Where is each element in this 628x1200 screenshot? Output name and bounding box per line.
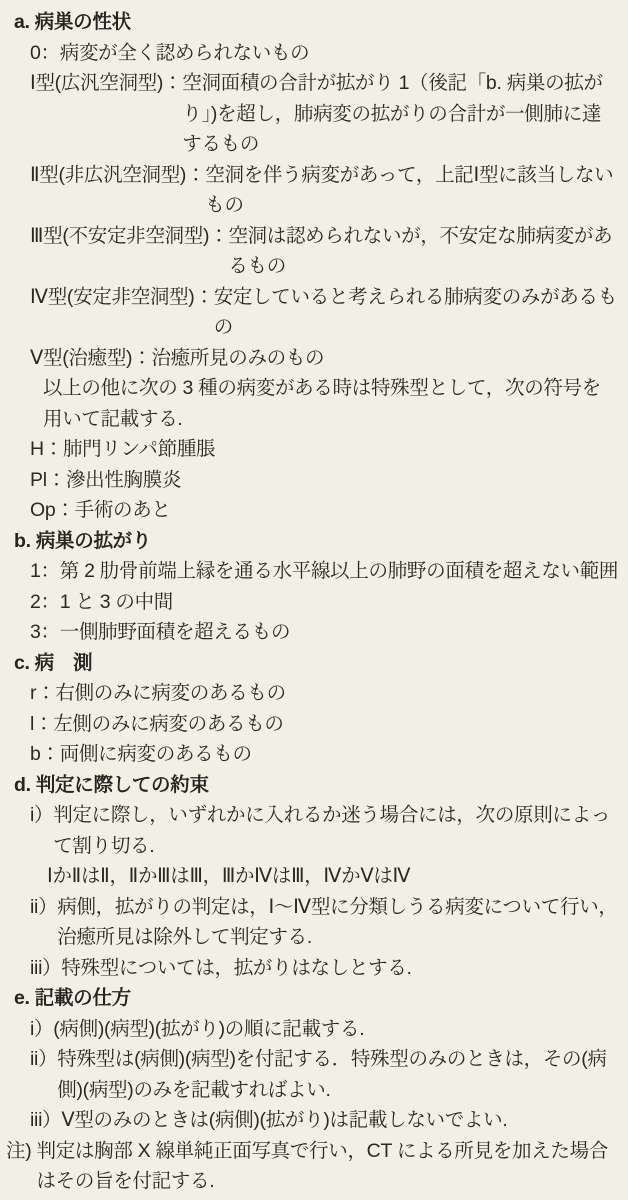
- item-text: 第 2 肋骨前端上縁を通る水平線以上の肺野の面積を超えない範囲: [60, 556, 620, 587]
- item-text: 一側肺野面積を超えるもの: [60, 617, 620, 648]
- definition-item: 3：一側肺野面積を超えるもの: [30, 617, 620, 648]
- footnote-label: 注): [6, 1136, 37, 1197]
- definition-item: Ⅱ型(非広汎空洞型)：空洞を伴う病変があって，上記Ⅰ型に該当しないもの: [30, 160, 620, 221]
- definition-item: 2：1 と 3 の中間: [30, 587, 620, 618]
- definition-item: Ⅴ型(治癒型)：治癒所見のみのもの: [30, 343, 620, 374]
- section: a. 病巣の性状0：病変が全く認められないものⅠ型(広汎空洞型)：空洞面積の合計…: [6, 7, 620, 526]
- item-label: iii）: [30, 953, 61, 984]
- item-label: H：: [30, 434, 63, 465]
- item-text: (病側)(病型)(拡がり)の順に記載する.: [53, 1014, 620, 1045]
- section: d. 判定に際しての約束i）判定に際し，いずれかに入れるか迷う場合には，次の原則…: [6, 770, 620, 984]
- item-label: iii）: [30, 1105, 61, 1136]
- item-text: 滲出性胸膜炎: [66, 465, 620, 496]
- item-label: 1：: [30, 556, 60, 587]
- definition-item: r：右側のみに病変のあるもの: [30, 678, 620, 709]
- item-text: 手術のあと: [75, 495, 620, 526]
- definition-item: iii）Ⅴ型のみのときは(病側)(拡がり)は記載しないでよい.: [30, 1105, 620, 1136]
- item-label: ii）: [30, 892, 57, 953]
- definition-item: Pl：滲出性胸膜炎: [30, 465, 620, 496]
- item-label: 2：: [30, 587, 60, 618]
- definition-item: Ⅲ型(不安定非空洞型)：空洞は認められないが，不安定な肺病変があるもの: [30, 221, 620, 282]
- item-text: 特殊型については，拡がりはなしとする.: [61, 953, 620, 984]
- item-text: 空洞面積の合計が拡がり 1（後記「b. 病巣の拡がり」)を超し，肺病変の拡がりの…: [182, 68, 620, 160]
- section-heading: c. 病 測: [14, 648, 620, 679]
- item-label: i）: [30, 800, 53, 861]
- definition-item: ii）病側，拡がりの判定は，Ⅰ～Ⅳ型に分類しうる病変について行い，治癒所見は除外…: [30, 892, 620, 953]
- item-label: l：: [30, 709, 53, 740]
- document-body: a. 病巣の性状0：病変が全く認められないものⅠ型(広汎空洞型)：空洞面積の合計…: [6, 7, 620, 1136]
- item-text: Ⅴ型のみのときは(病側)(拡がり)は記載しないでよい.: [61, 1105, 620, 1136]
- item-text: 病側，拡がりの判定は，Ⅰ～Ⅳ型に分類しうる病変について行い，治癒所見は除外して判…: [57, 892, 620, 953]
- item-label: 3：: [30, 617, 60, 648]
- note-line: 以上の他に次の 3 種の病変がある時は特殊型として，次の符号を用いて記載する.: [43, 373, 620, 434]
- item-label: Pl：: [30, 465, 66, 496]
- section: e. 記載の仕方i）(病側)(病型)(拡がり)の順に記載する.ii）特殊型は(病…: [6, 983, 620, 1136]
- item-label: r：: [30, 678, 55, 709]
- definition-item: ii）特殊型は(病側)(病型)を付記する．特殊型のみのときは，その(病側)(病型…: [30, 1044, 620, 1105]
- section-heading: a. 病巣の性状: [14, 7, 620, 38]
- definition-item: i）(病側)(病型)(拡がり)の順に記載する.: [30, 1014, 620, 1045]
- item-label: i）: [30, 1014, 53, 1045]
- item-text: 1 と 3 の中間: [60, 587, 620, 618]
- item-text: 病変が全く認められないもの: [60, 38, 620, 69]
- item-label: Op：: [30, 495, 75, 526]
- item-text: 肺門リンパ節腫脹: [63, 434, 620, 465]
- definition-item: H：肺門リンパ節腫脹: [30, 434, 620, 465]
- definition-item: Ⅰ型(広汎空洞型)：空洞面積の合計が拡がり 1（後記「b. 病巣の拡がり」)を超…: [30, 68, 620, 160]
- definition-item: l：左側のみに病変のあるもの: [30, 709, 620, 740]
- item-label: Ⅰ型(広汎空洞型)：: [30, 68, 182, 160]
- note-line: ⅠかⅡはⅡ，ⅡかⅢはⅢ，ⅢかⅣはⅢ，ⅣかⅤはⅣ: [47, 861, 620, 892]
- item-label: 0：: [30, 38, 60, 69]
- section-heading: b. 病巣の拡がり: [14, 526, 620, 557]
- document-page: a. 病巣の性状0：病変が全く認められないものⅠ型(広汎空洞型)：空洞面積の合計…: [0, 0, 628, 1200]
- item-label: b：: [30, 739, 60, 770]
- definition-item: Ⅳ型(安定非空洞型)：安定していると考えられる肺病変のみがあるもの: [30, 282, 620, 343]
- item-label: ii）: [30, 1044, 57, 1105]
- definition-item: iii）特殊型については，拡がりはなしとする.: [30, 953, 620, 984]
- definition-item: 1：第 2 肋骨前端上縁を通る水平線以上の肺野の面積を超えない範囲: [30, 556, 620, 587]
- item-label: Ⅲ型(不安定非空洞型)：: [30, 221, 228, 282]
- item-text: 判定に際し，いずれかに入れるか迷う場合には，次の原則によって割り切る.: [53, 800, 620, 861]
- definition-item: i）判定に際し，いずれかに入れるか迷う場合には，次の原則によって割り切る.: [30, 800, 620, 861]
- definition-item: Op：手術のあと: [30, 495, 620, 526]
- item-text: 左側のみに病変のあるもの: [53, 709, 620, 740]
- item-text: 右側のみに病変のあるもの: [55, 678, 620, 709]
- definition-item: 0：病変が全く認められないもの: [30, 38, 620, 69]
- item-text: 安定していると考えられる肺病変のみがあるもの: [214, 282, 620, 343]
- section-heading: d. 判定に際しての約束: [14, 770, 620, 801]
- item-text: 特殊型は(病側)(病型)を付記する．特殊型のみのときは，その(病側)(病型)のみ…: [57, 1044, 620, 1105]
- item-text: 治癒所見のみのもの: [151, 343, 620, 374]
- item-label: Ⅳ型(安定非空洞型)：: [30, 282, 214, 343]
- definition-item: b：両側に病変のあるもの: [30, 739, 620, 770]
- section: b. 病巣の拡がり1：第 2 肋骨前端上縁を通る水平線以上の肺野の面積を超えない…: [6, 526, 620, 648]
- item-label: Ⅱ型(非広汎空洞型)：: [30, 160, 205, 221]
- section: c. 病 測r：右側のみに病変のあるものl：左側のみに病変のあるものb：両側に病…: [6, 648, 620, 770]
- item-text: 空洞を伴う病変があって，上記Ⅰ型に該当しないもの: [205, 160, 620, 221]
- item-label: Ⅴ型(治癒型)：: [30, 343, 151, 374]
- footnote-text: 判定は胸部 X 線単純正面写真で行い，CT による所見を加えた場合はその旨を付記…: [37, 1136, 620, 1197]
- item-text: 空洞は認められないが，不安定な肺病変があるもの: [228, 221, 620, 282]
- item-text: 両側に病変のあるもの: [60, 739, 620, 770]
- section-heading: e. 記載の仕方: [14, 983, 620, 1014]
- footnote: 注) 判定は胸部 X 線単純正面写真で行い，CT による所見を加えた場合はその旨…: [6, 1136, 620, 1197]
